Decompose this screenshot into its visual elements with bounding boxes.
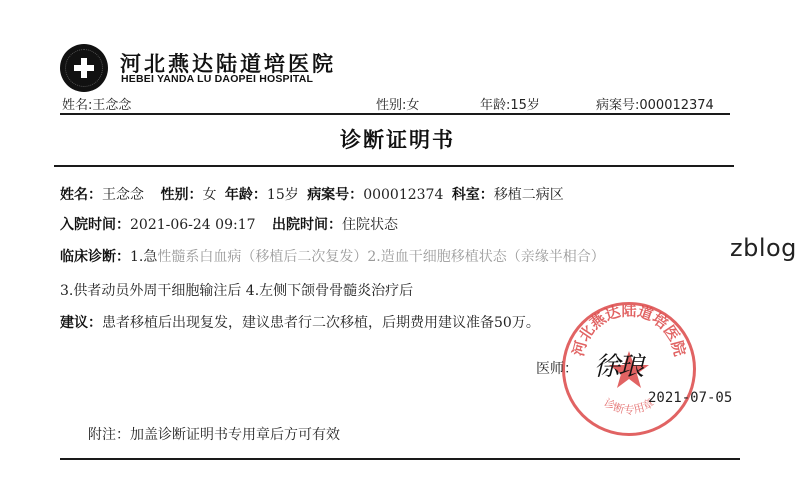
strip-case-no: 病案号:000012374 xyxy=(596,94,714,113)
strip-name: 姓名:王念念 xyxy=(62,94,131,113)
dept-value: 移植二病区 xyxy=(494,187,564,203)
admission-label: 入院时间： xyxy=(60,217,130,233)
discharge-value: 住院状态 xyxy=(342,217,398,233)
gender-value: 女 xyxy=(202,187,216,203)
footnote: 附注：加盖诊断证明书专用章后方可有效 xyxy=(88,424,340,444)
case-label: 病案号： xyxy=(307,187,363,203)
advice-label: 建议： xyxy=(60,315,102,331)
watermark-text: zblog xyxy=(730,234,795,262)
gender-label: 性别： xyxy=(160,187,202,203)
name-label: 姓名： xyxy=(60,187,102,203)
age-label: 年龄： xyxy=(225,187,267,203)
discharge-label: 出院时间： xyxy=(272,217,342,233)
case-value: 000012374 xyxy=(363,187,443,203)
advice-row: 建议：患者移植后出现复发，建议患者行二次移植，后期费用建议准备50万。 xyxy=(60,312,540,332)
name-value: 王念念 xyxy=(102,187,144,203)
admission-value: 2021-06-24 09:17 xyxy=(130,217,256,233)
doctor-label: 医师： xyxy=(536,358,578,378)
admission-row: 入院时间：2021-06-24 09:17 出院时间：住院状态 xyxy=(60,214,398,234)
diagnosis-line1-faded: 性髓系白血病（移植后二次复发）2.造血干细胞移植状态（亲缘半相合） xyxy=(157,249,604,265)
hospital-name-en: HEBEI YANDA LU DAOPEI HOSPITAL xyxy=(121,73,313,85)
document-title: 诊断证明书 xyxy=(0,124,795,154)
dept-label: 科室： xyxy=(452,187,494,203)
hospital-logo xyxy=(60,44,108,92)
title-divider xyxy=(54,165,734,167)
advice-value: 患者移植后出现复发，建议患者行二次移植，后期费用建议准备50万。 xyxy=(102,315,540,331)
issue-date: 2021-07-05 xyxy=(648,390,732,406)
footer-divider xyxy=(60,458,740,460)
patient-info-row: 姓名：王念念 性别：女 年龄：15岁 病案号：000012374 科室：移植二病… xyxy=(60,184,564,204)
medical-cross-icon xyxy=(74,58,94,78)
diagnosis-line2: 3.供者动员外周干细胞输注后 4.左侧下颌骨骨髓炎治疗后 xyxy=(60,283,413,299)
header-divider xyxy=(60,113,730,115)
diagnosis-row-2: 3.供者动员外周干细胞输注后 4.左侧下颌骨骨髓炎治疗后 xyxy=(60,280,413,300)
age-value: 15岁 xyxy=(267,187,299,203)
strip-gender: 性别:女 xyxy=(376,94,419,113)
doctor-signature: 徐琅 xyxy=(594,346,642,383)
diagnosis-label: 临床诊断： xyxy=(60,249,130,265)
diagnosis-line1-start: 1.急 xyxy=(130,249,157,265)
diagnosis-row: 临床诊断：1.急性髓系白血病（移植后二次复发）2.造血干细胞移植状态（亲缘半相合… xyxy=(60,246,605,266)
strip-age: 年龄:15岁 xyxy=(480,94,540,113)
